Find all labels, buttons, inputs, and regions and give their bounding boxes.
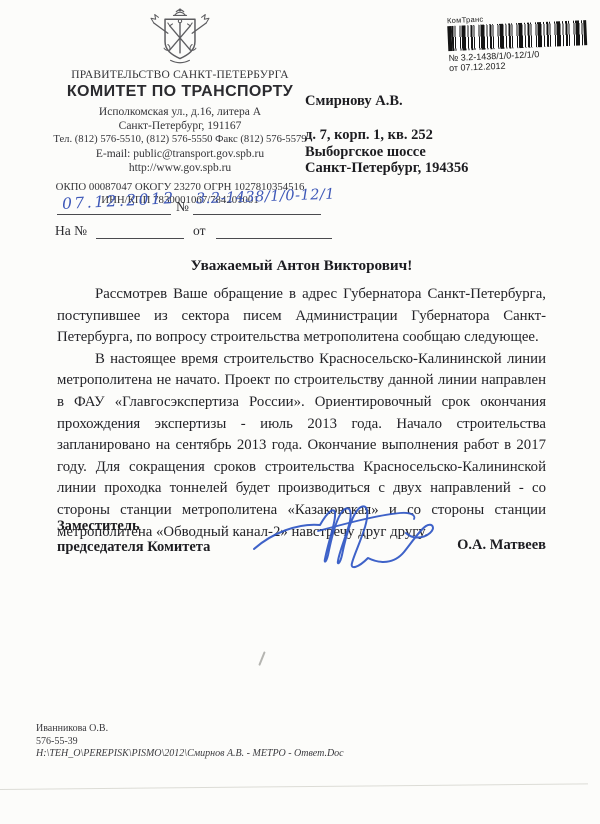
coat-of-arms-icon — [142, 8, 218, 66]
recipient-block: Смирнову А.В. д. 7, корп. 1, кв. 252 Выб… — [305, 93, 555, 177]
registration-sticker: КомТранс № 3.2-1438/1/0-12/1/0 от 07.12.… — [447, 10, 595, 73]
pen-slash-mark — [258, 651, 265, 666]
recipient-address-1: д. 7, корп. 1, кв. 252 — [305, 127, 555, 144]
paragraph-1: Рассмотрев Ваше обращение в адрес Губерн… — [57, 284, 546, 349]
executor-phone: 576-55-39 — [36, 736, 344, 749]
recipient-address-2: Выборгское шоссе — [305, 144, 555, 161]
reply-ref-prefix: На № — [55, 223, 87, 239]
signer-title-line-2: председателя Комитета — [57, 537, 210, 558]
letterhead: ПРАВИТЕЛЬСТВО САНКТ-ПЕТЕРБУРГА КОМИТЕТ П… — [30, 8, 330, 207]
scanned-letter-page: ПРАВИТЕЛЬСТВО САНКТ-ПЕТЕРБУРГА КОМИТЕТ П… — [0, 0, 600, 824]
signer-title-line-1: Заместитель — [57, 516, 210, 537]
number-underline — [193, 214, 321, 215]
letterhead-website: http://www.gov.spb.ru — [30, 161, 330, 175]
document-file-path: H:\TEH_O\PEREPISK\PISMO\2012\Смирнов А.В… — [36, 748, 344, 761]
salutation: Уважаемый Антон Викторович! — [57, 257, 546, 275]
letterhead-phone: Тел. (812) 576-5510, (812) 576-5550 Факс… — [30, 133, 330, 147]
letterhead-email: E-mail: public@transport.gov.spb.ru — [30, 147, 330, 161]
handwritten-signature — [248, 501, 443, 571]
letterhead-address-1: Исполкомская ул., д.16, литера А — [30, 105, 330, 119]
date-underline — [57, 214, 171, 215]
reply-number-blank — [96, 238, 184, 239]
recipient-address-3: Санкт-Петербург, 194356 — [305, 160, 555, 177]
signer-title: Заместитель председателя Комитета — [57, 516, 210, 557]
signer-name: О.А. Матвеев — [400, 537, 546, 554]
reply-from-label: от — [193, 223, 205, 239]
committee-title: КОМИТЕТ ПО ТРАНСПОРТУ — [30, 83, 330, 101]
barcode-icon — [447, 20, 587, 51]
reply-date-blank — [216, 238, 332, 239]
executor-name: Иванникова О.В. — [36, 723, 344, 736]
government-title: ПРАВИТЕЛЬСТВО САНКТ-ПЕТЕРБУРГА — [30, 69, 330, 81]
recipient-name: Смирнову А.В. — [305, 93, 555, 110]
executor-footer: Иванникова О.В. 576-55-39 H:\TEH_O\PEREP… — [36, 723, 344, 761]
number-sign: № — [176, 199, 189, 215]
scan-artifact-line — [0, 783, 588, 790]
letterhead-address-2: Санкт-Петербург, 191167 — [30, 119, 330, 133]
